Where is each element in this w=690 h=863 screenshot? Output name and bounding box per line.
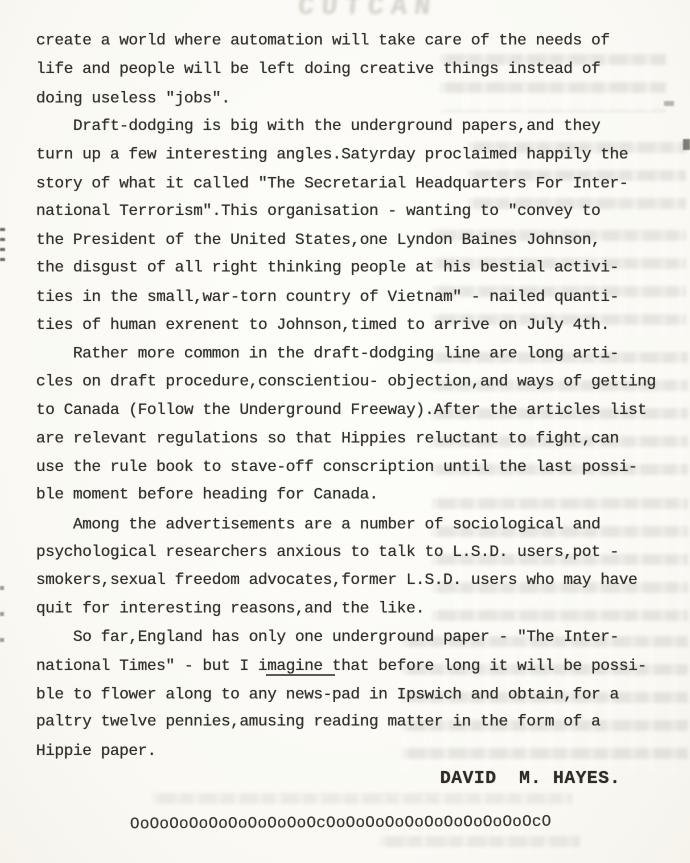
text-line: ble to flower along to any news-pad in I…	[36, 680, 686, 708]
text-line: turn up a few interesting angles.Satyrda…	[36, 140, 686, 168]
scan-speck	[0, 586, 4, 660]
text-line: the President of the United States,one L…	[36, 226, 686, 254]
text-line: ties of human exrenent to Johnson,timed …	[36, 311, 686, 339]
document-text: create a world where automation will tak…	[36, 27, 686, 765]
text-line: ties in the small,war-torn country of Vi…	[36, 283, 686, 311]
text-line: Draft-dodging is big with the undergroun…	[36, 112, 686, 140]
text-line: paltry twelve pennies,amusing reading ma…	[36, 708, 686, 736]
scan-speck	[0, 228, 5, 264]
text-line: quit for interesting reasons,and the lik…	[36, 595, 686, 623]
text-line: doing useless "jobs".	[36, 84, 686, 112]
text-line: Rather more common in the draft-dodging …	[36, 340, 686, 368]
bleed-through-header: CUTCAN	[297, 0, 439, 23]
text-line: national Terrorism".This organisation - …	[36, 197, 686, 225]
text-line: national Times" - but I imagine that bef…	[36, 652, 686, 680]
text-line: psychological researchers anxious to tal…	[36, 538, 686, 566]
text-line: Among the advertisements are a number of…	[36, 510, 686, 538]
bleed-through-smudge	[380, 836, 580, 854]
text-line: use the rule book to stave-off conscript…	[36, 453, 686, 481]
divider-ornament: OoOoOoOoOoOoOoOoOoOcOoOoOoOoOoOoOoOoOoOo…	[130, 813, 552, 834]
text-line: cles on draft procedure,conscientiou- ob…	[36, 367, 686, 395]
author-signature: DAVID M. HAYES.	[440, 769, 621, 789]
text-line: Hippie paper.	[36, 737, 686, 765]
text-line: life and people will be left doing creat…	[36, 55, 686, 83]
text-line: So far,England has only one underground …	[36, 623, 686, 651]
text-line: smokers,sexual freedom advocates,former …	[36, 566, 686, 594]
text-line: the disgust of all right thinking people…	[36, 254, 686, 282]
text-line: ble moment before heading for Canada.	[36, 481, 686, 509]
word-underline	[266, 674, 335, 676]
bleed-through-smudge	[152, 793, 572, 806]
text-line: create a world where automation will tak…	[36, 27, 686, 55]
document-page: CUTCAN create a world where automation w…	[0, 0, 690, 863]
text-line: are relevant regulations so that Hippies…	[36, 425, 686, 453]
text-line: story of what it called "The Secretarial…	[36, 169, 686, 197]
text-line: to Canada (Follow the Underground Freewa…	[36, 396, 686, 424]
